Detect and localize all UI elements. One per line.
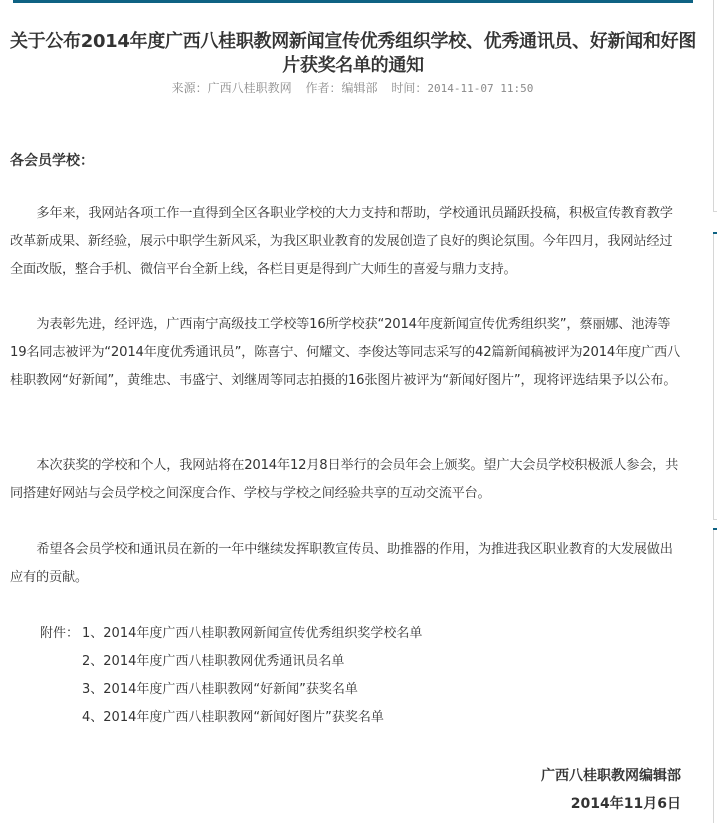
- paragraph-1: 多年来，我网站各项工作一直得到全区各职业学校的大力支持和帮助，学校通讯员踊跃投稿…: [10, 200, 682, 284]
- article-meta: 来源：广西八桂职教网 作者：编辑部 时间：2014-11-07 11:50: [0, 80, 705, 97]
- attachment-item-4: 4、2014年度广西八桂职教网“新闻好图片”获奖名单: [40, 704, 422, 732]
- attachment-indent: [40, 676, 82, 704]
- attachment-item-2: 2、2014年度广西八桂职教网优秀通讯员名单: [40, 648, 422, 676]
- article-title: 关于公布2014年度广西八桂职教网新闻宣传优秀组织学校、优秀通讯员、好新闻和好图…: [8, 30, 698, 78]
- salutation: 各会员学校：: [10, 150, 94, 170]
- sidebar-panel-1: [713, 0, 717, 212]
- sidebar-panel-3: [713, 528, 717, 823]
- attachment-text: 4、2014年度广西八桂职教网“新闻好图片”获奖名单: [82, 704, 384, 732]
- attachment-indent: [40, 704, 82, 732]
- signature-date: 2014年11月6日: [541, 790, 681, 818]
- paragraph-2: 为表彰先进，经评选，广西南宁高级技工学校等16所学校获“2014年度新闻宣传优秀…: [10, 311, 682, 395]
- signature-organization: 广西八桂职教网编辑部: [541, 762, 681, 790]
- meta-source-value: 广西八桂职教网: [208, 81, 292, 95]
- meta-author-label: 作者：: [306, 81, 342, 95]
- meta-source-label: 来源：: [172, 81, 208, 95]
- attachments-label: 附件：: [40, 620, 82, 648]
- sidebar-panel-2: [713, 232, 717, 520]
- top-accent-bar: [13, 0, 693, 3]
- sidebar-panel-cap: [713, 528, 717, 530]
- attachment-item-1: 附件： 1、2014年度广西八桂职教网新闻宣传优秀组织奖学校名单: [40, 620, 422, 648]
- attachment-text: 3、2014年度广西八桂职教网“好新闻”获奖名单: [82, 676, 358, 704]
- paragraph-3: 本次获奖的学校和个人，我网站将在2014年12月8日举行的会员年会上颁奖。望广大…: [10, 452, 682, 508]
- meta-author: 作者：编辑部: [306, 81, 378, 95]
- attachment-indent: [40, 648, 82, 676]
- meta-time-label: 时间：: [391, 81, 427, 95]
- sidebar-panel-cap: [713, 232, 717, 234]
- meta-source: 来源：广西八桂职教网: [172, 81, 292, 95]
- meta-time: 时间：2014-11-07 11:50: [391, 81, 533, 95]
- attachment-text: 1、2014年度广西八桂职教网新闻宣传优秀组织奖学校名单: [82, 620, 422, 648]
- signature-block: 广西八桂职教网编辑部 2014年11月6日: [541, 762, 681, 818]
- attachments-list: 附件： 1、2014年度广西八桂职教网新闻宣传优秀组织奖学校名单 2、2014年…: [40, 620, 422, 732]
- meta-author-value: 编辑部: [342, 81, 378, 95]
- attachment-item-3: 3、2014年度广西八桂职教网“好新闻”获奖名单: [40, 676, 422, 704]
- paragraph-4: 希望各会员学校和通讯员在新的一年中继续发挥职教宣传员、助推器的作用，为推进我区职…: [10, 536, 682, 592]
- meta-time-value: 2014-11-07 11:50: [427, 82, 533, 95]
- attachment-text: 2、2014年度广西八桂职教网优秀通讯员名单: [82, 648, 344, 676]
